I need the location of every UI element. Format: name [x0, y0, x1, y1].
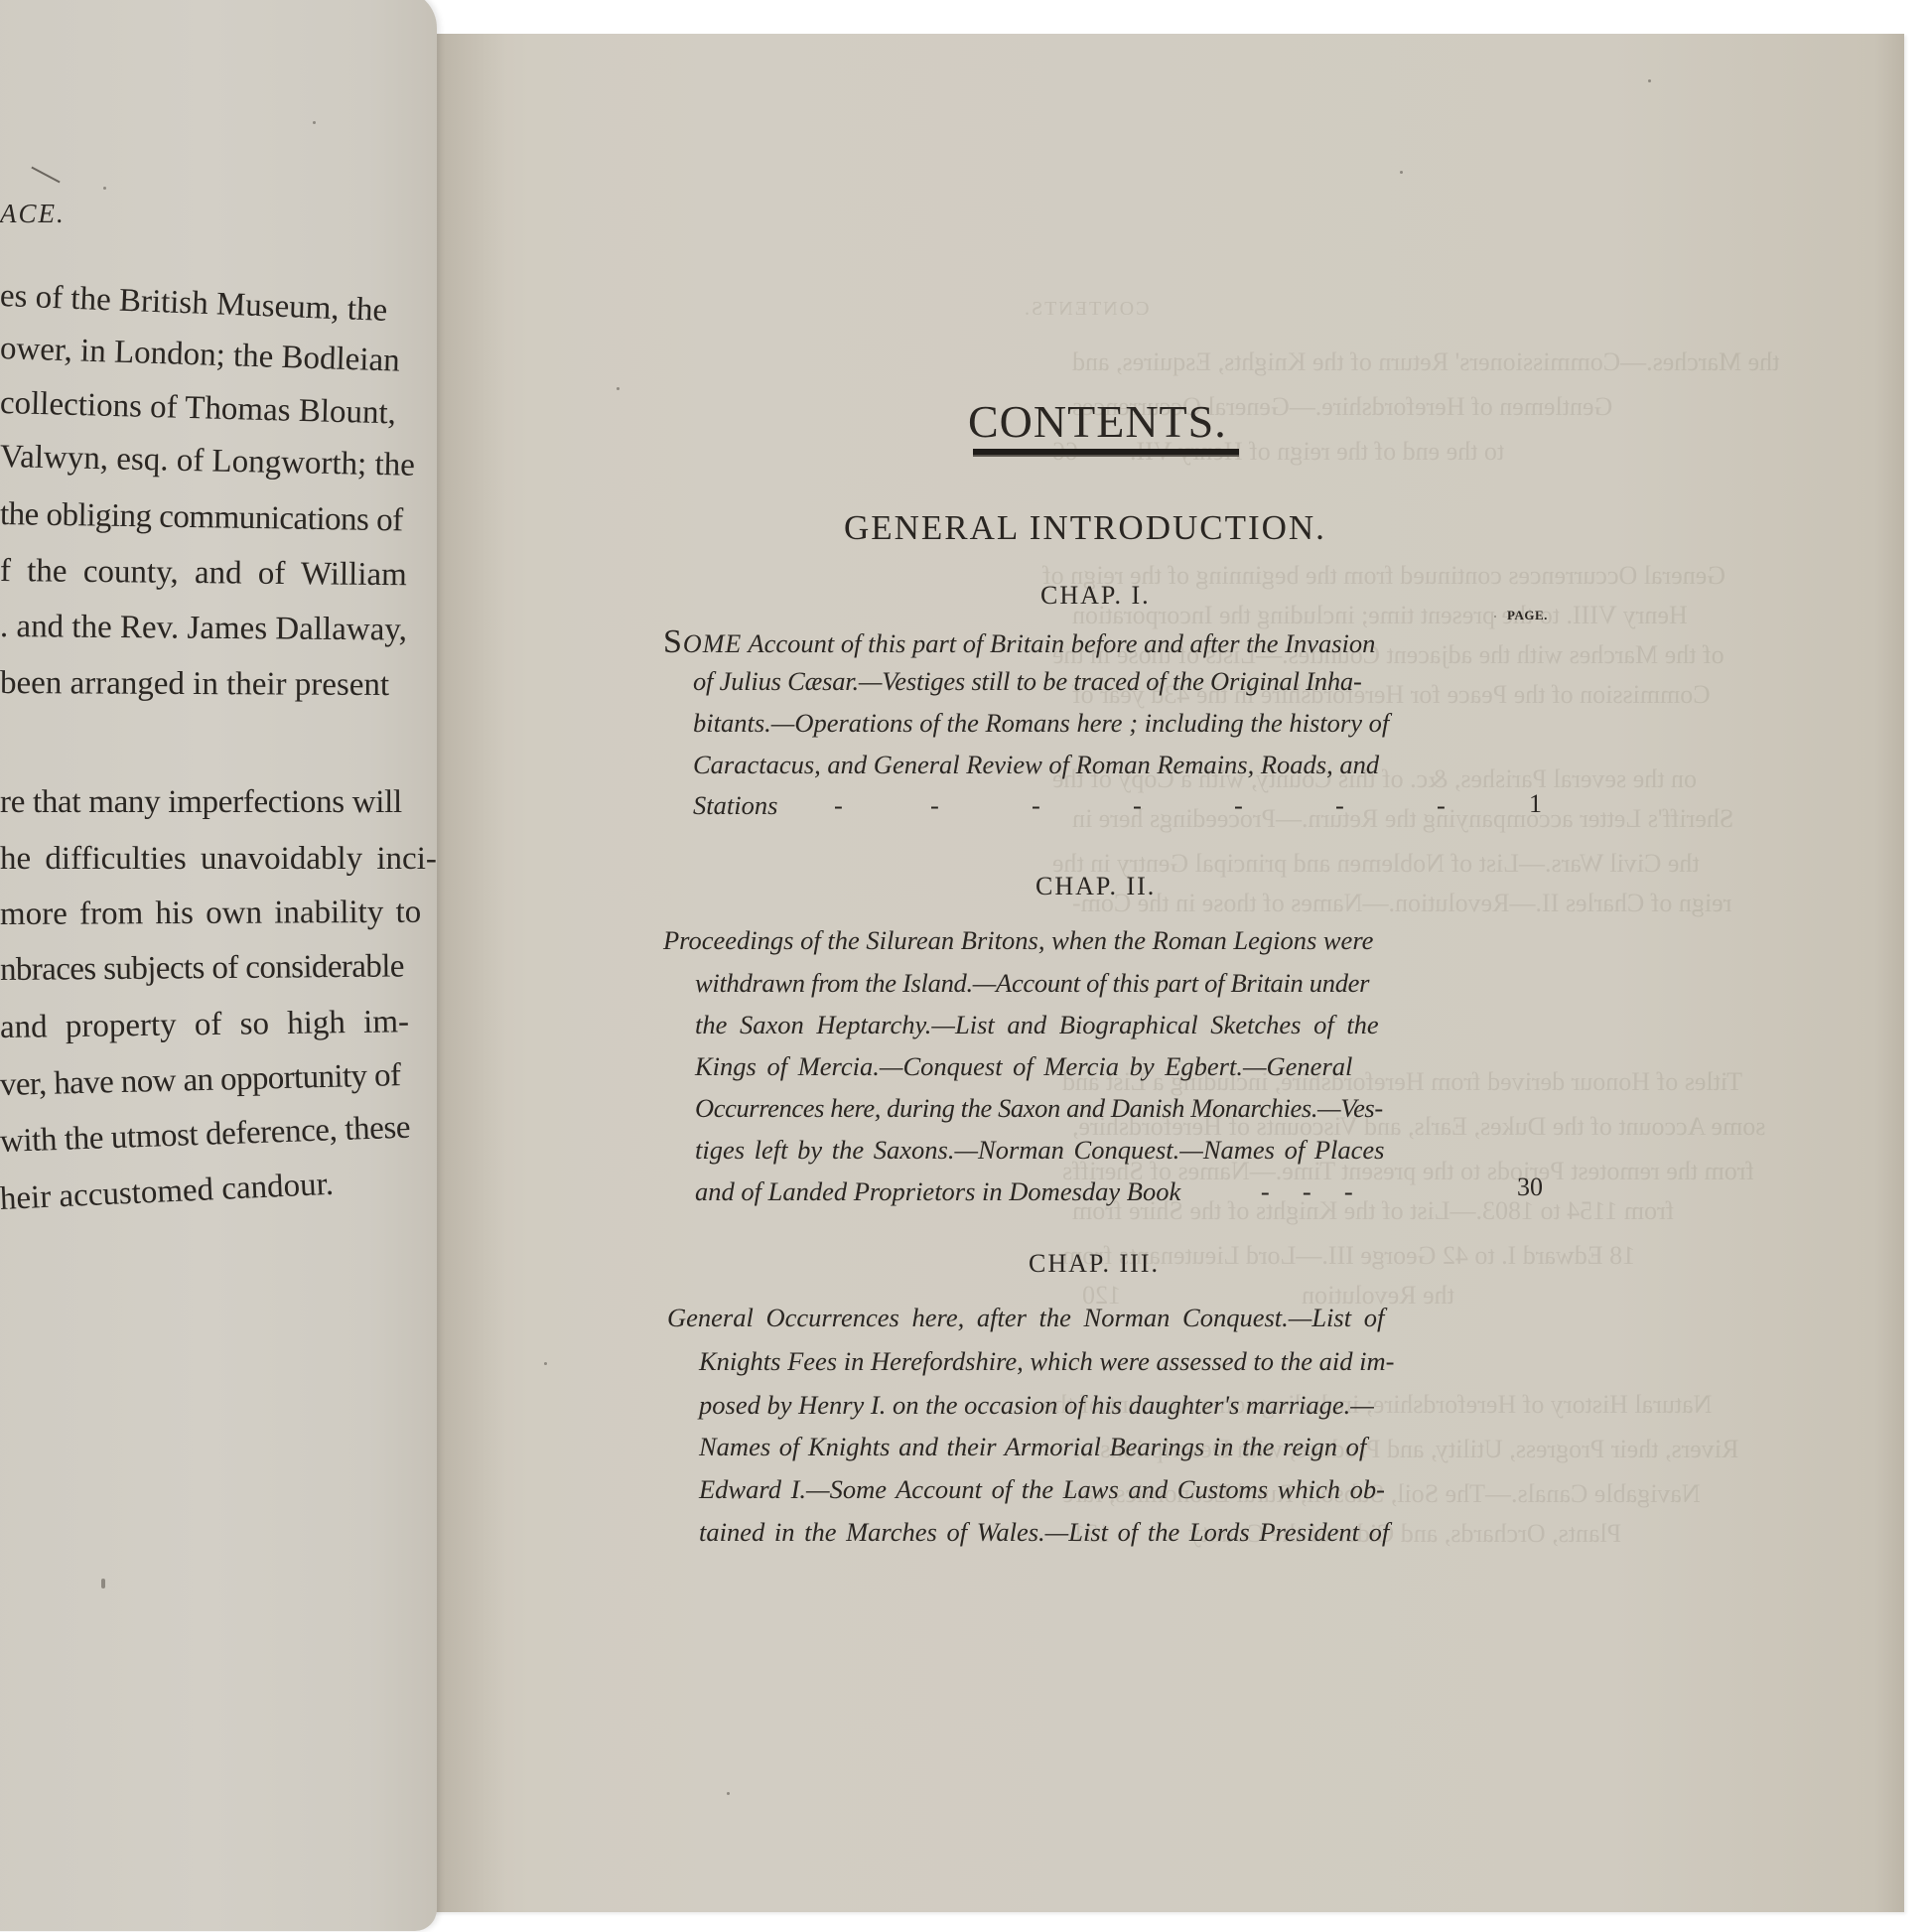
- toc-entry-line: and of Landed Proprietors in Domesday Bo…: [695, 1176, 1364, 1207]
- paper-speck: [313, 121, 316, 124]
- page-number: 30: [1517, 1173, 1543, 1202]
- chapter-heading: CHAP. I.: [1040, 581, 1151, 611]
- entry-text: and of Landed Proprietors in Domesday Bo…: [695, 1176, 1180, 1206]
- dot-leader: ---: [1261, 1176, 1364, 1207]
- toc-entry-line: posed by Henry I. on the occasion of his…: [699, 1390, 1374, 1421]
- toc-entry-line: SOME Account of this part of Britain bef…: [663, 623, 1375, 661]
- text-line: the obliging communications of: [0, 496, 403, 539]
- text-line: heir accustomed candour.: [0, 1167, 335, 1218]
- toc-entry-line: of Julius Cæsar.—Vestiges still to be tr…: [693, 666, 1362, 697]
- toc-entry-line: General Occurrences here, after the Norm…: [667, 1303, 1384, 1333]
- gutter-shadow: [427, 34, 506, 1912]
- dot-leader: -------: [834, 790, 1456, 821]
- text-line: ver, have now an opportunity of: [0, 1057, 401, 1104]
- toc-entry-line: Proceedings of the Silurean Britons, whe…: [663, 925, 1373, 956]
- paper-speck: [727, 1792, 730, 1795]
- toc-entry-line: tained in the Marches of Wales.—List of …: [699, 1517, 1389, 1548]
- toc-entry-line: Edward I.—Some Account of the Laws and C…: [699, 1474, 1385, 1505]
- leader-mark: -: [1261, 1176, 1303, 1207]
- leader-mark: -: [930, 790, 1032, 821]
- text-line: ower, in London; the Bodleian: [0, 331, 400, 380]
- paper-speck: [1400, 171, 1403, 174]
- book-spread-photo: CONTENTS. the Marches.—Commissioners' Re…: [0, 0, 1932, 1932]
- leader-mark: -: [1234, 790, 1335, 821]
- text-line: . and the Rev. James Dallaway,: [0, 609, 407, 649]
- leader-mark: -: [1303, 1176, 1344, 1207]
- text-line: he difficulties unavoidably inci-: [0, 841, 437, 878]
- leader-mark: -: [1335, 790, 1437, 821]
- text-line: more from his own inability to: [0, 895, 421, 933]
- leader-mark: -: [1133, 790, 1234, 821]
- page-column-label: PAGE.: [1507, 608, 1548, 623]
- toc-entry-line: Kings of Mercia.—Conquest of Mercia by E…: [695, 1051, 1352, 1082]
- text-line: collections of Thomas Blount,: [0, 385, 396, 432]
- left-page: ACE. es of the British Museum, the ower,…: [0, 0, 437, 1931]
- toc-entry-line: Occurrences here, during the Saxon and D…: [695, 1093, 1383, 1124]
- chapter-heading: CHAP. II.: [1035, 872, 1156, 901]
- title-underline: [973, 449, 1239, 457]
- paper-speck: [1648, 79, 1651, 82]
- toc-entry-line: withdrawn from the Island.—Account of th…: [695, 968, 1369, 999]
- text-line: es of the British Museum, the: [0, 278, 388, 330]
- entry-text: Stations: [693, 790, 777, 820]
- bleed-through-text: reign of Charles II.—Revolution.—Names o…: [1072, 889, 1731, 918]
- text-line: re that many imperfections will: [0, 784, 402, 821]
- drop-initial: S: [663, 623, 683, 660]
- chapter-heading: CHAP. III.: [1029, 1249, 1160, 1279]
- toc-entry-line: Caractacus, and General Review of Roman …: [693, 750, 1379, 780]
- toc-entry-line: tiges left by the Saxons.—Norman Conques…: [695, 1135, 1385, 1166]
- pencil-mark: [31, 167, 60, 184]
- paper-speck: [103, 187, 106, 190]
- text-line: and property of so high im-: [0, 1004, 409, 1046]
- paper-speck: [544, 1362, 547, 1365]
- toc-entry-line: the Saxon Heptarchy.—List and Biographic…: [695, 1010, 1379, 1040]
- section-heading: GENERAL INTRODUCTION.: [844, 508, 1326, 548]
- page-title: CONTENTS.: [968, 395, 1227, 448]
- text-line: been arranged in their present: [0, 665, 389, 704]
- text-line: nbraces subjects of considerable: [0, 948, 404, 989]
- toc-entry-line: bitants.—Operations of the Romans here ;…: [693, 708, 1389, 739]
- toc-entry-line: Knights Fees in Herefordshire, which wer…: [699, 1346, 1394, 1377]
- paper-speck: [1494, 616, 1496, 618]
- toc-entry-line: Stations -------: [693, 790, 1456, 821]
- paper-speck: [101, 1579, 105, 1588]
- smallcaps-word: OME: [683, 629, 742, 658]
- text-line: f the county, and of William: [0, 553, 407, 594]
- paper-speck: [617, 387, 620, 390]
- toc-entry-line: Names of Knights and their Armorial Bear…: [699, 1432, 1366, 1462]
- bleed-through-text: the Marches.—Commissioners' Return of th…: [1072, 347, 1779, 377]
- text-line: Valwyn, esq. of Longworth; the: [0, 439, 415, 484]
- running-head: ACE.: [0, 199, 66, 229]
- page-number: 1: [1529, 789, 1542, 819]
- leader-mark: -: [1032, 790, 1133, 821]
- leader-mark: -: [1344, 1176, 1364, 1207]
- leader-mark: -: [834, 790, 930, 821]
- leader-mark: -: [1437, 790, 1456, 821]
- bleed-through-text: CONTENTS.: [1023, 298, 1149, 321]
- text-line: with the utmost deference, these: [0, 1110, 411, 1161]
- entry-text: Account of this part of Britain before a…: [742, 628, 1375, 658]
